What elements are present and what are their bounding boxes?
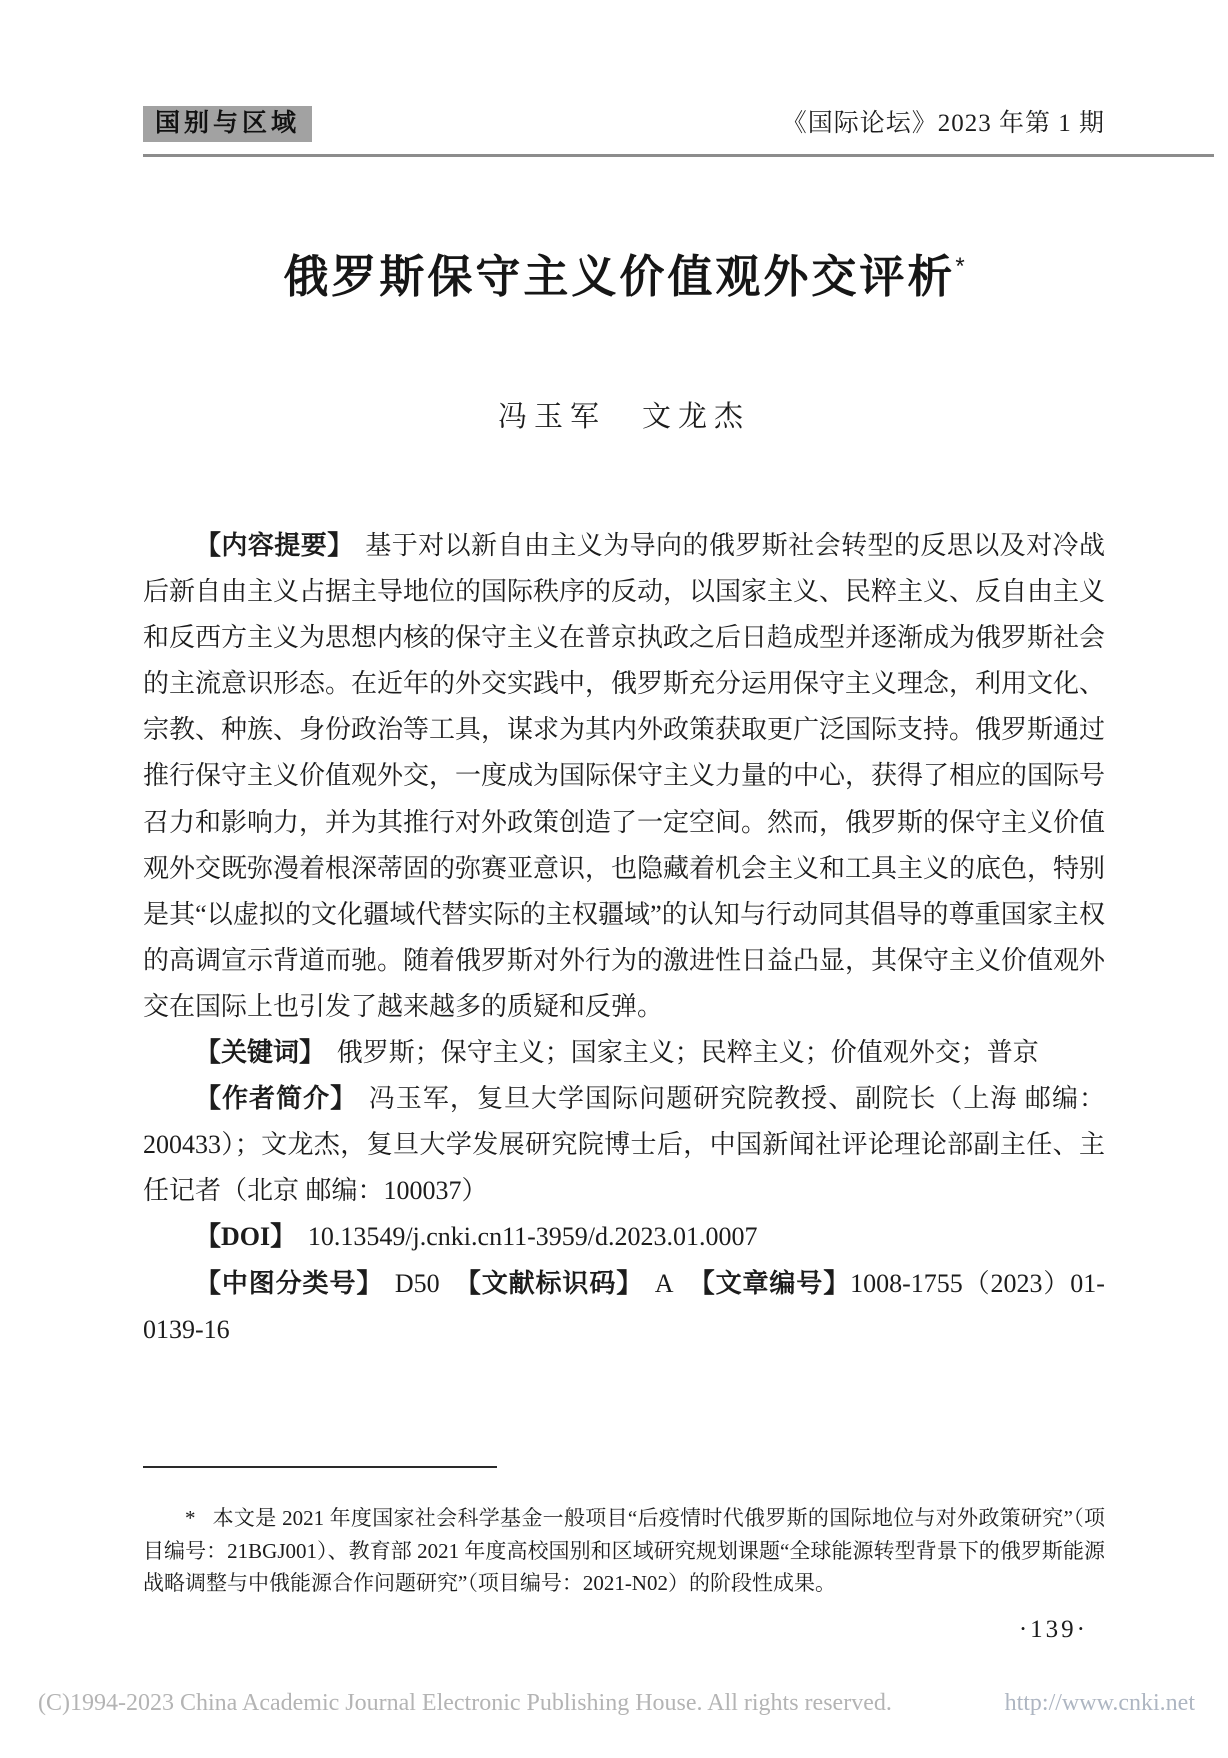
clc-label: 【中图分类号】: [195, 1269, 383, 1298]
abstract-text: 基于对以新自由主义为导向的俄罗斯社会转型的反思以及对冷战后新自由主义占据主导地位…: [143, 531, 1105, 1021]
abstract-paragraph: 【内容提要】基于对以新自由主义为导向的俄罗斯社会转型的反思以及对冷战后新自由主义…: [143, 523, 1105, 1030]
header-rule: [143, 154, 1214, 157]
journal-issue: 《国际论坛》2023 年第 1 期: [782, 104, 1105, 144]
clc-value: D50: [395, 1269, 440, 1298]
article-no-label: 【文章编号】: [688, 1269, 850, 1298]
author-bio-paragraph: 【作者简介】冯玉军，复旦大学国际问题研究院教授、副院长（上海 邮编：200433…: [143, 1076, 1105, 1214]
doc-code-value: A: [655, 1269, 674, 1298]
footnote-text: 本文是 2021 年度国家社会科学基金一般项目“后疫情时代俄罗斯的国际地位与对外…: [143, 1506, 1105, 1595]
article-front-matter: 【内容提要】基于对以新自由主义为导向的俄罗斯社会转型的反思以及对冷战后新自由主义…: [143, 523, 1105, 1353]
doi-label: 【DOI】: [195, 1222, 296, 1251]
footnote-marker: *: [185, 1506, 196, 1530]
article-title: 俄罗斯保守主义价值观外交评析*: [143, 240, 1105, 305]
watermark-bar: (C)1994-2023 China Academic Journal Elec…: [0, 1690, 1228, 1717]
watermark-url: http://www.cnki.net: [1005, 1690, 1195, 1717]
article-title-text: 俄罗斯保守主义价值观外交评析: [283, 251, 955, 302]
doi-paragraph: 【DOI】10.13549/j.cnki.cn11-3959/d.2023.01…: [143, 1214, 1105, 1260]
journal-page: 国别与区域 《国际论坛》2023 年第 1 期 俄罗斯保守主义价值观外交评析* …: [0, 0, 1228, 1758]
footnote-separator: [143, 1466, 497, 1468]
watermark-copyright: (C)1994-2023 China Academic Journal Elec…: [38, 1690, 892, 1717]
classification-paragraph: 【中图分类号】D50【文献标识码】A【文章编号】1008-1755（2023）0…: [143, 1261, 1105, 1353]
keywords-label: 【关键词】: [195, 1038, 325, 1067]
section-badge: 国别与区域: [143, 106, 312, 142]
doc-code-label: 【文献标识码】: [454, 1269, 643, 1298]
page-number: ·139·: [1019, 1616, 1088, 1644]
author-bio-label: 【作者简介】: [195, 1084, 357, 1113]
footnote: *本文是 2021 年度国家社会科学基金一般项目“后疫情时代俄罗斯的国际地位与对…: [143, 1502, 1105, 1600]
footnote-paragraph: *本文是 2021 年度国家社会科学基金一般项目“后疫情时代俄罗斯的国际地位与对…: [143, 1502, 1105, 1600]
keywords-paragraph: 【关键词】俄罗斯；保守主义；国家主义；民粹主义；价值观外交；普京: [143, 1030, 1105, 1076]
doi-value: 10.13549/j.cnki.cn11-3959/d.2023.01.0007: [308, 1222, 758, 1251]
authors: 冯玉军 文龙杰: [143, 394, 1105, 435]
abstract-label: 【内容提要】: [195, 531, 354, 560]
keywords-text: 俄罗斯；保守主义；国家主义；民粹主义；价值观外交；普京: [337, 1038, 1039, 1067]
title-footnote-marker: *: [955, 253, 964, 280]
